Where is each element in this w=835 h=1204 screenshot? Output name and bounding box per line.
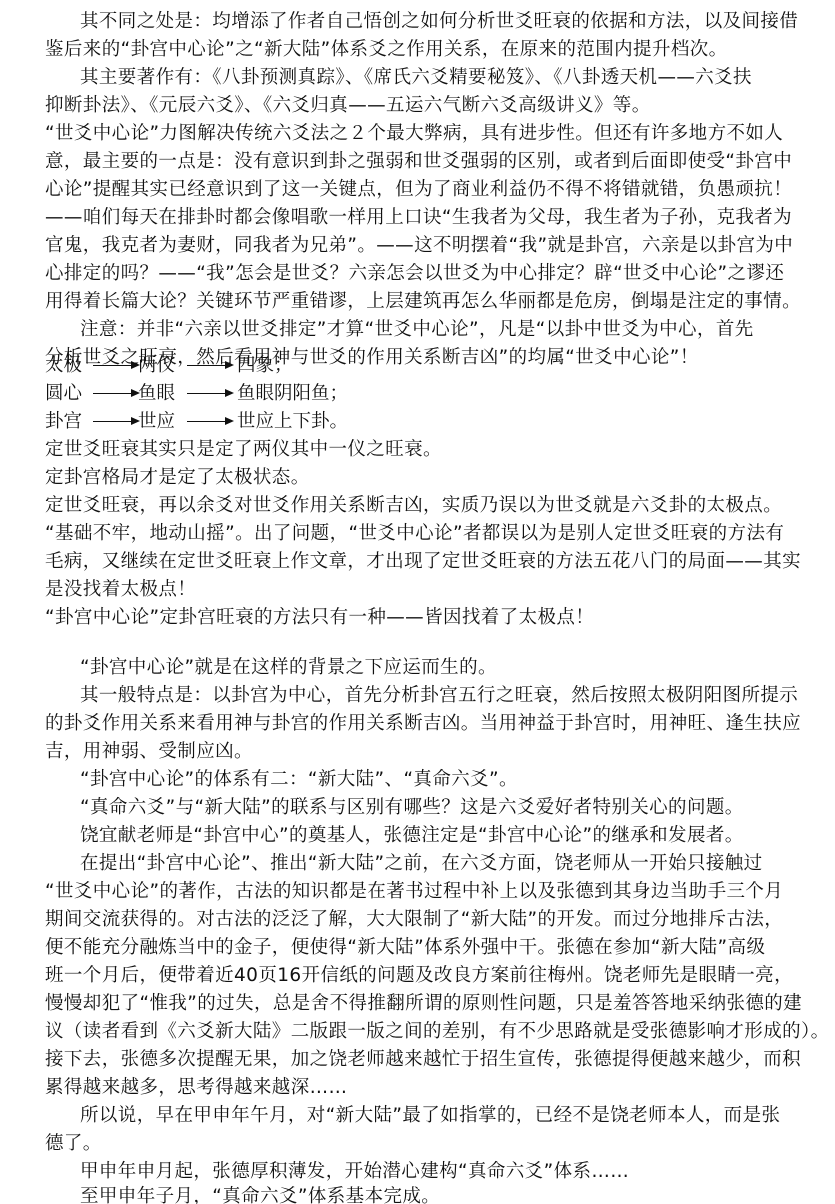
text-line: 鉴后来的“卦宫中心论”之“新大陆”体系爻之作用关系，在原来的范围内提升档次。 <box>45 36 728 63</box>
scanned-document-page: 其不同之处是：均增添了作者自己悟创之如何分析世爻旺衰的依据和方法，以及间接借鉴后… <box>0 0 835 1204</box>
text-line: “基础不牢，地动山摇”。出了问题，“世爻中心论”者都误以为是别人定世爻旺衰的方法… <box>45 520 784 547</box>
text-line: “真命六爻”与“新大陆”的联系与区别有哪些？这是六爻爱好者特别关心的问题。 <box>80 794 744 821</box>
text-line: 吉，用神弱、受制应凶。 <box>45 738 253 765</box>
text-line: 用得着长篇大论？关键环节严重错谬，上层建筑再怎么华丽都是危房，倒塌是注定的事情。 <box>45 288 801 315</box>
text-line: “世爻中心论”的著作，古法的知识都是在著书过程中补上以及张德到其身边当助手三个月 <box>45 878 783 905</box>
text-line: 意，最主要的一点是：没有意识到卦之强弱和世爻强弱的区别，或者到后面即使受“卦宫中 <box>45 148 792 175</box>
text-line: 定世爻旺衰其实只是定了两仪其中一仪之旺衰。 <box>45 436 442 463</box>
text-line: 期间交流获得的。对古法的泛泛了解，大大限制了“新大陆”的开发。而过分地排斥古法， <box>45 906 783 933</box>
diagram-term-source: 圆心 <box>45 380 82 407</box>
diagram-term-result: 四象； <box>237 352 293 379</box>
diagram-term-source: 太极 <box>45 352 82 379</box>
text-line: 其不同之处是：均增添了作者自己悟创之如何分析世爻旺衰的依据和方法，以及间接借 <box>80 8 798 35</box>
text-line: 其主要著作有：《八卦预测真踪》、《席氏六爻精要秘笈》、《八卦透天机——六爻扶 <box>80 64 752 91</box>
text-line: 注意：并非“六亲以世爻排定”才算“世爻中心论”，凡是“以卦中世爻为中心，首先 <box>80 316 754 343</box>
text-line: 抑断卦法》、《元辰六爻》、《六爻归真——五运六气断六爻高级讲义》等。 <box>45 92 651 119</box>
text-line: ——咱们每天在排卦时都会像唱歌一样用上口诀“生我者为父母，我生者为子孙，克我者为 <box>45 204 792 231</box>
right-arrow-icon <box>187 421 231 422</box>
right-arrow-icon <box>93 365 137 366</box>
diagram-term-source: 卦宫 <box>45 408 82 435</box>
diagram-term-middle: 鱼眼 <box>138 380 175 407</box>
text-line: 累得越来越多，思考得越来越深…… <box>45 1074 347 1101</box>
text-line: 其一般特点是：以卦宫为中心，首先分析卦宫五行之旺衰，然后按照太极阴阳图所提示 <box>80 682 798 709</box>
text-line: 在提出“卦宫中心论”、推出“新大陆”之前，在六爻方面，饶老师从一开始只接触过 <box>80 850 763 877</box>
text-line: 便不能充分融炼当中的金子，便使得“新大陆”体系外强中干。张德在参加“新大陆”高级 <box>45 934 765 961</box>
text-line: 定卦宫格局才是定了太极状态。 <box>45 464 310 491</box>
text-line: 德了。 <box>45 1130 102 1157</box>
text-line: 的卦爻作用关系来看用神与卦宫的作用关系断吉凶。当用神益于卦宫时，用神旺、逢生扶应 <box>45 710 801 737</box>
text-line: 心排定的吗？——“我”怎会是世爻？六亲怎会以世爻为中心排定？辟“世爻中心论”之谬… <box>45 260 784 287</box>
text-line: 议（读者看到《六爻新大陆》二版跟一版之间的差别，有不少思路就是受张德影响才形成的… <box>45 1018 830 1045</box>
right-arrow-icon <box>93 421 137 422</box>
diagram-term-result: 世应上下卦。 <box>237 408 348 435</box>
text-line: 定世爻旺衰，再以余爻对世爻作用关系断吉凶，实质乃误以为世爻就是六爻卦的太极点。 <box>45 492 782 519</box>
right-arrow-icon <box>93 393 137 394</box>
diagram-term-middle: 两仪 <box>138 352 175 379</box>
right-arrow-icon <box>187 393 231 394</box>
text-line: 是没找着太极点！ <box>45 576 196 603</box>
text-line: 甲申年申月起，张德厚积薄发，开始潜心建构“真命六爻”体系…… <box>80 1158 629 1185</box>
text-line: 心论”提醒其实已经意识到了这一关键点，但为了商业利益仍不得不将错就错，负愚顽抗！ <box>45 176 792 203</box>
text-line: 所以说，早在甲申年午月，对“新大陆”最了如指掌的，已经不是饶老师本人，而是张 <box>80 1102 780 1129</box>
text-line: 班一个月后，便带着近40页16开信纸的问题及改良方案前往梅州。饶老师先是眼睛一亮… <box>45 962 793 989</box>
text-line: “卦宫中心论”的体系有二：“新大陆”、“真命六爻”。 <box>80 766 518 793</box>
right-arrow-icon <box>187 365 231 366</box>
text-line: 官鬼，我克者为妻财，同我者为兄弟”。——这不明摆着“我”就是卦宫，六亲是以卦宫为… <box>45 232 793 259</box>
text-line: 慢慢却犯了“惟我”的过失，总是舍不得推翻所谓的原则性问题，只是羞答答地采纳张德的… <box>45 990 802 1017</box>
text-line: 至甲申年子月，“真命六爻”体系基本完成。 <box>80 1183 440 1204</box>
diagram-term-result: 鱼眼阴阳鱼； <box>237 380 348 407</box>
text-line: 接下去，张德多次提醒无果，加之饶老师越来越忙于招生宣传，张德提得便越来越少，而积 <box>45 1046 801 1073</box>
text-line: 饶宜献老师是“卦宫中心”的奠基人，张德注定是“卦宫中心论”的继承和发展者。 <box>80 822 744 849</box>
text-line: 毛病，又继续在定世爻旺衰上作文章，才出现了定世爻旺衰的方法五花八门的局面——其实 <box>45 548 801 575</box>
diagram-term-middle: 世应 <box>138 408 175 435</box>
text-line: “卦宫中心论”就是在这样的背景之下应运而生的。 <box>80 654 497 681</box>
text-line: “卦宫中心论”定卦宫旺衰的方法只有一种——皆因找着了太极点！ <box>45 604 594 631</box>
text-line: “世爻中心论”力图解决传统六爻法之２个最大弊病，具有进步性。但还有许多地方不如人 <box>45 120 783 147</box>
